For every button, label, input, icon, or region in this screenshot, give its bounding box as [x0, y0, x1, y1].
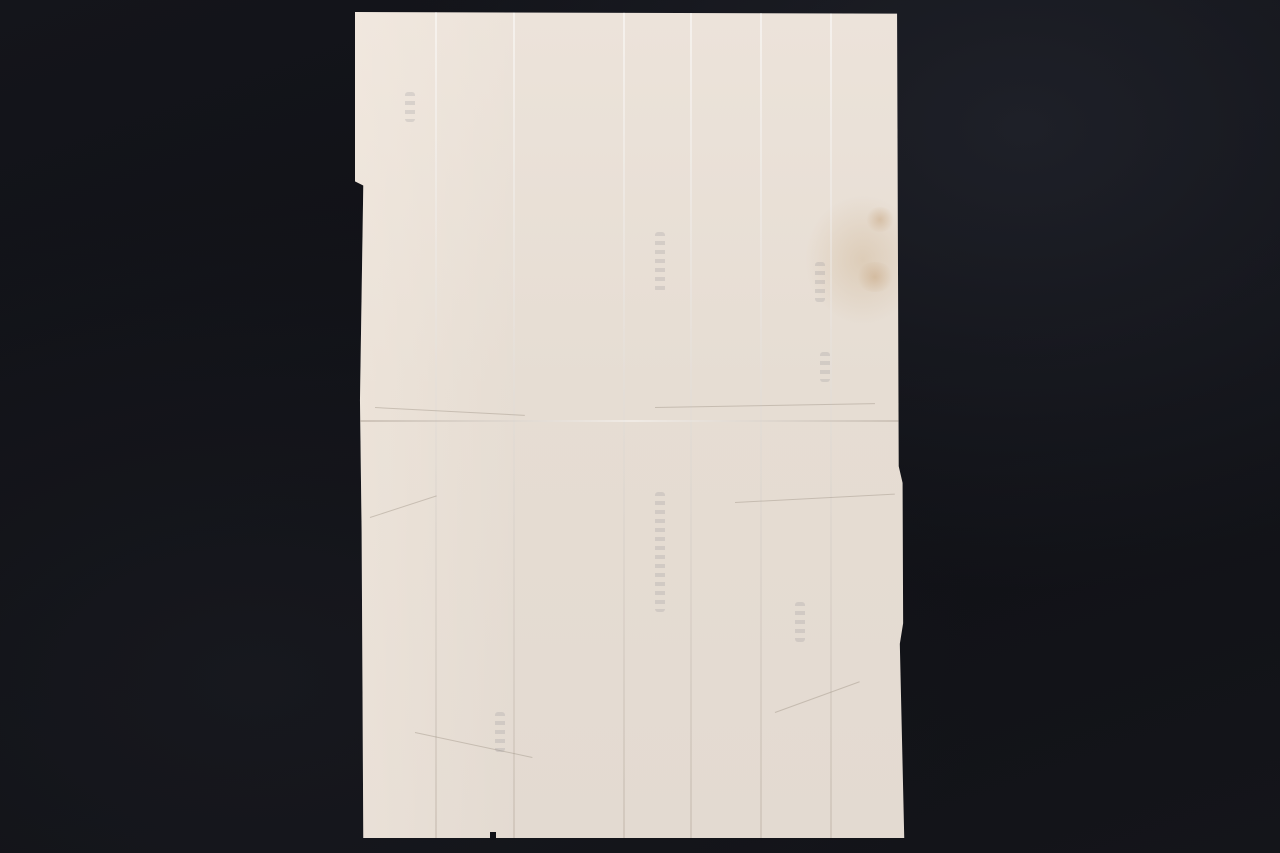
vertical-fold-line: [690, 12, 692, 838]
bleed-through-mark: [795, 602, 805, 642]
bleed-through-mark: [815, 262, 825, 302]
center-fold-line: [623, 12, 625, 838]
paper-tear: [490, 832, 496, 840]
bleed-through-mark: [655, 492, 665, 612]
vertical-fold-line: [830, 12, 832, 838]
crease: [655, 403, 875, 408]
bleed-through-mark: [820, 352, 830, 382]
paper-stain: [855, 262, 895, 292]
vertical-fold-line: [435, 12, 437, 838]
bleed-through-mark: [405, 92, 415, 122]
paper-stain: [865, 207, 895, 232]
crease: [735, 494, 895, 503]
horizontal-fold-line: [355, 420, 907, 422]
aged-paper-sheet: [355, 12, 907, 838]
crease: [375, 407, 525, 416]
bleed-through-mark: [655, 232, 665, 292]
vertical-fold-line: [760, 12, 762, 838]
bleed-through-mark: [495, 712, 505, 752]
crease: [775, 681, 860, 713]
vertical-fold-line: [513, 12, 515, 838]
crease: [370, 495, 437, 518]
